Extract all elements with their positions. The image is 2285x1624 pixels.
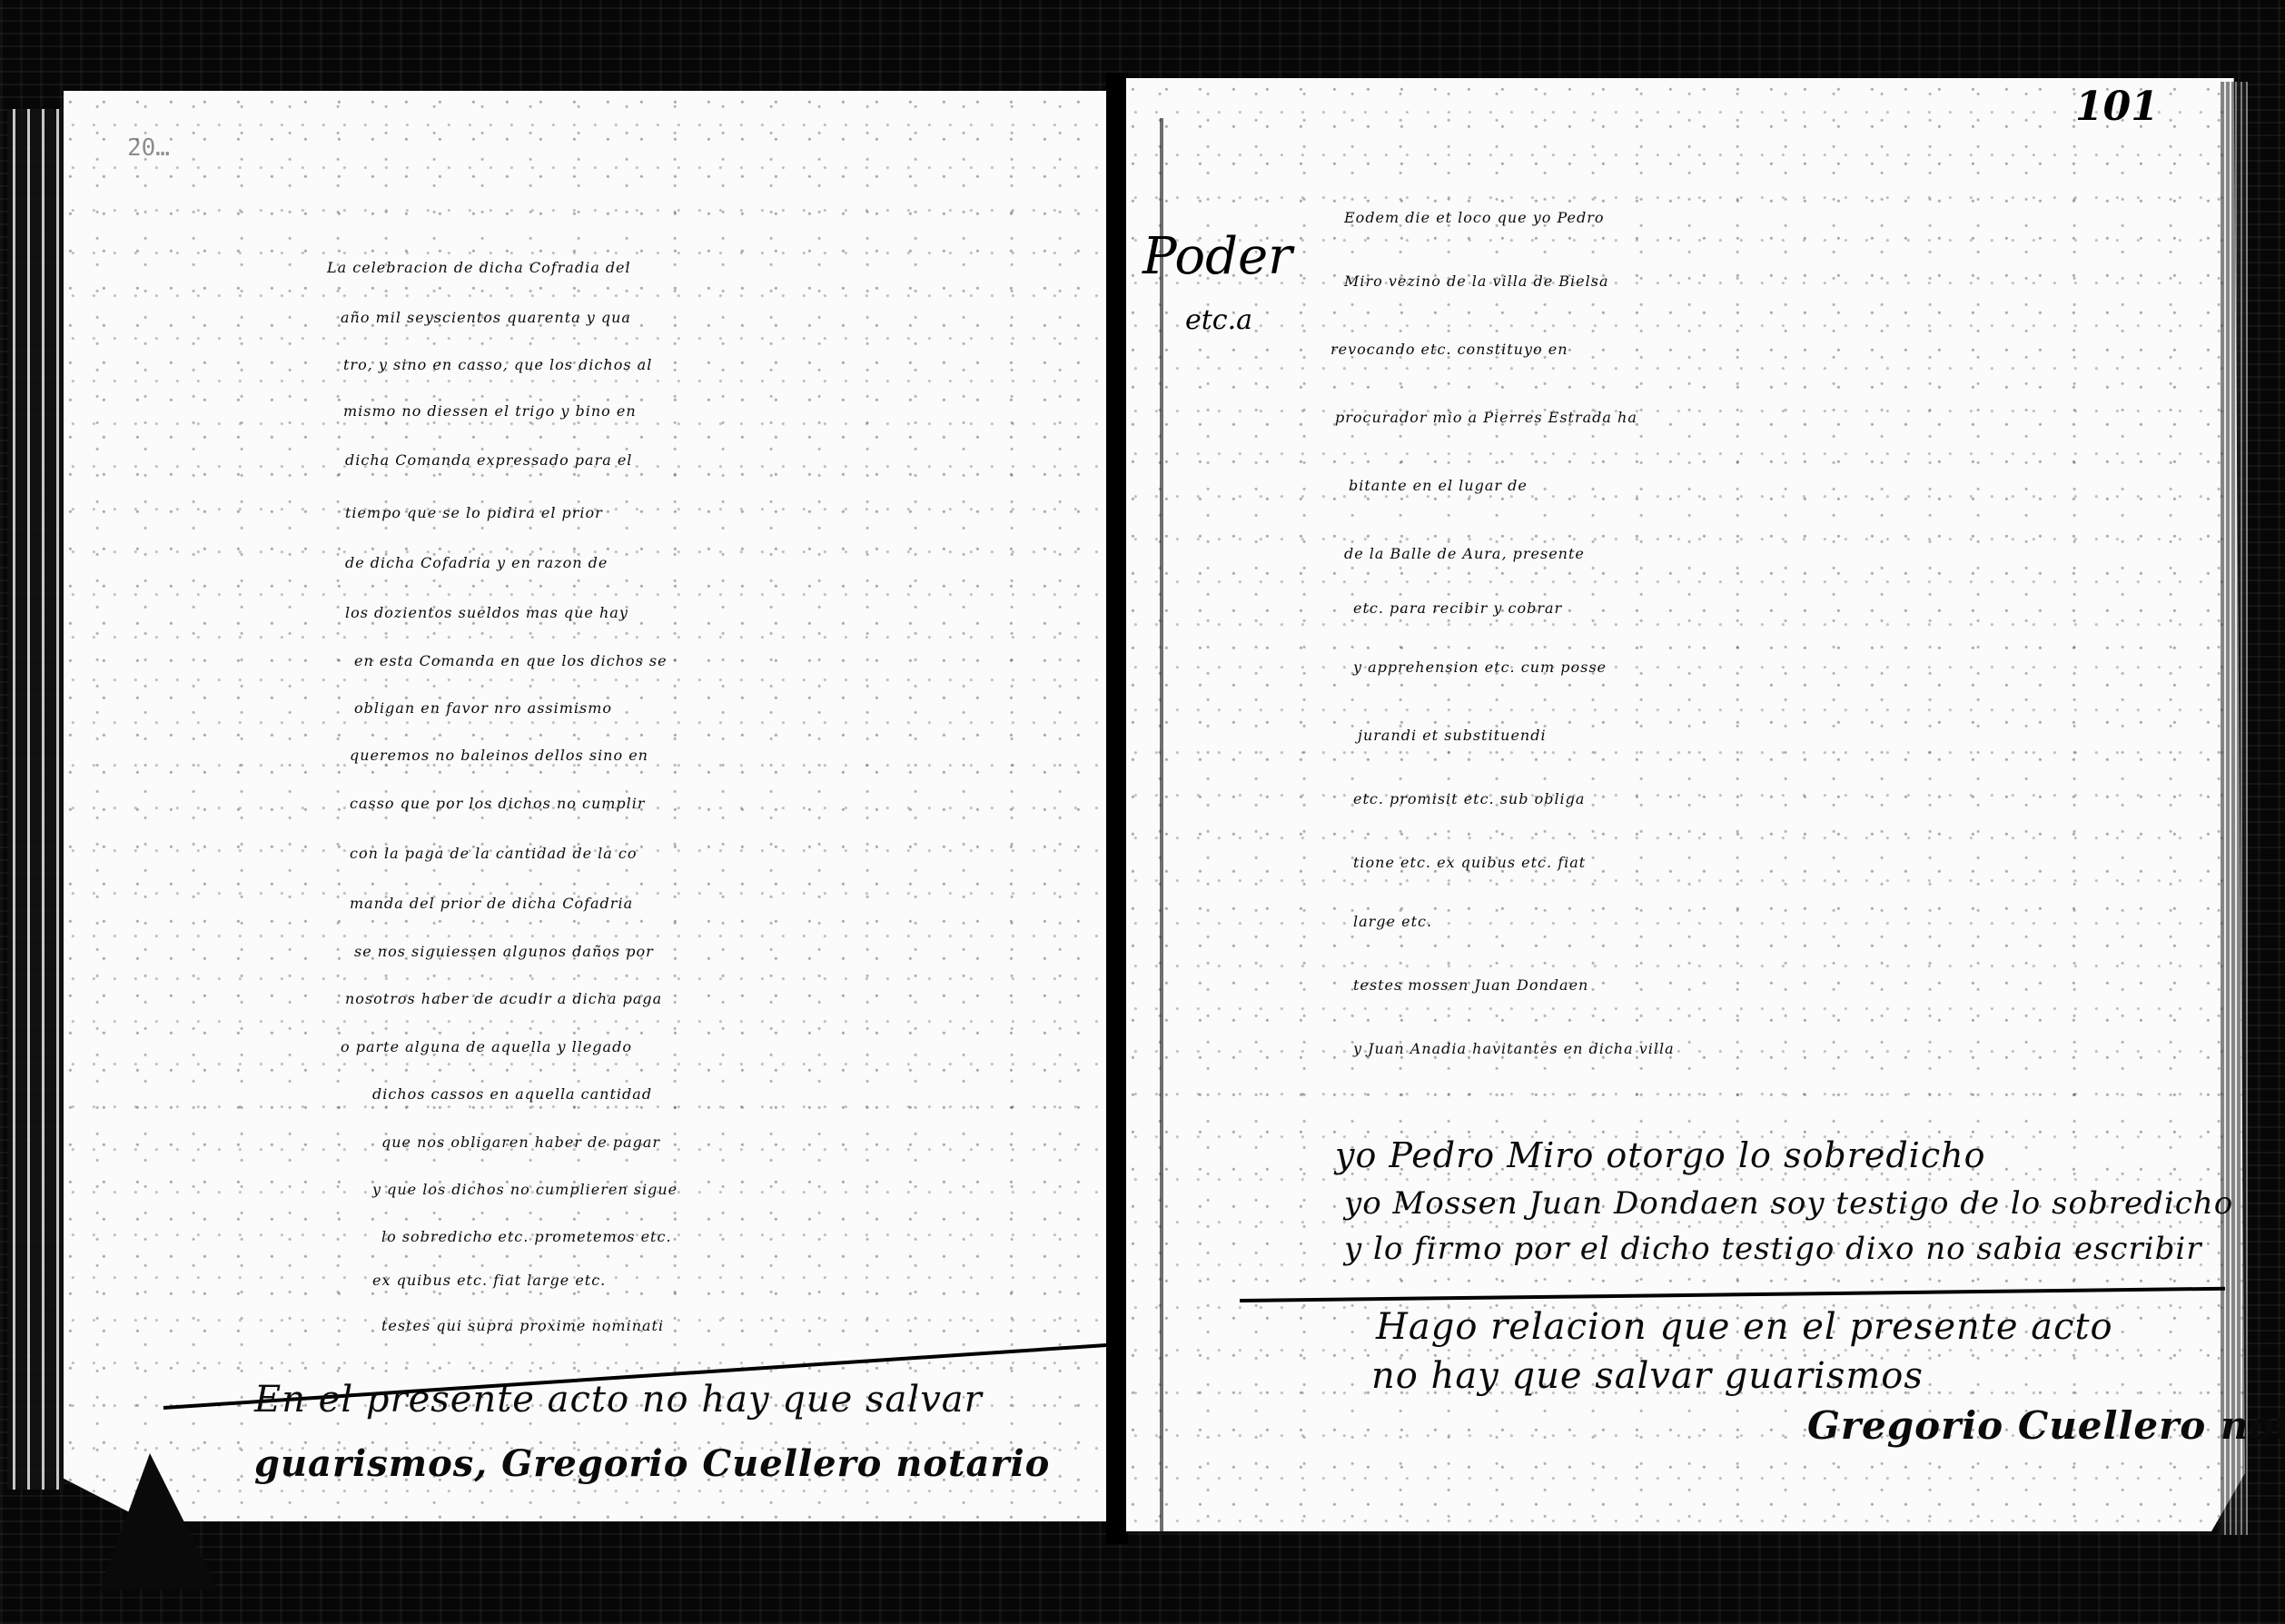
text-line: casso que por los dichos no cumplir (350, 795, 646, 812)
text-line: tro, y sino en casso, que los dichos al (343, 356, 652, 373)
corner-tab-shadow (100, 1453, 218, 1589)
text-line: Miro vezino de la villa de Bielsa (1344, 272, 1609, 290)
book-gutter (1106, 73, 1128, 1544)
text-line: Eodem die et loco que yo Pedro (1344, 209, 1605, 226)
footer-line: En el presente acto no hay que salvar (254, 1379, 983, 1421)
margin-rule (1160, 118, 1163, 1535)
text-line: de la Balle de Aura, presente (1344, 545, 1585, 562)
text-line: revocando etc. constituyo en (1330, 341, 1568, 358)
text-line: testes mossen Juan Dondaen (1353, 976, 1588, 994)
margin-note-sub: etc.a (1185, 304, 1252, 336)
text-line: que nos obligaren haber de pagar (381, 1134, 660, 1151)
text-line: tione etc. ex quibus etc. fiat (1353, 854, 1586, 871)
stacked-page-edges (7, 109, 64, 1490)
text-line: con la paga de la cantidad de la co (350, 845, 638, 862)
text-line: manda del prior de dicha Cofadria (350, 895, 633, 912)
text-line: ex quibus etc. fiat large etc. (372, 1272, 606, 1289)
text-line: nosotros haber de acudir a dicha paga (345, 990, 662, 1007)
text-line: large etc. (1353, 913, 1432, 930)
text-line: en esta Comanda en que los dichos se (354, 652, 668, 669)
text-line: mismo no diessen el trigo y bino en (343, 402, 637, 420)
notary-signature: Gregorio Cuellero notario (1807, 1403, 2285, 1448)
footer-line: Hago relacion que en el presente acto (1376, 1306, 2113, 1348)
text-line: tiempo que se lo pidira el prior (345, 504, 603, 521)
margin-note-title: Poder (1142, 227, 1292, 286)
text-line: testes qui supra proxime nominati (381, 1317, 664, 1334)
folio-number: 101 (2075, 84, 2159, 130)
text-line: bitante en el lugar de (1349, 477, 1528, 494)
text-line: y que los dichos no cumplieren sigue (372, 1181, 678, 1198)
text-line: jurandi et substituendi (1358, 727, 1547, 744)
right-page-edges (2221, 82, 2248, 1535)
text-line: lo sobredicho etc. prometemos etc. (381, 1228, 672, 1245)
footer-line: no hay que salvar guarismos (1371, 1355, 1924, 1397)
notary-signature: guarismos, Gregorio Cuellero notario (254, 1442, 1050, 1485)
text-line: y apprehension etc. cum posse (1353, 659, 1607, 676)
text-line: de dicha Cofadria y en razon de (345, 554, 608, 571)
text-line: La celebracion de dicha Cofradia del (327, 259, 631, 276)
text-line: queremos no baleinos dellos sino en (350, 747, 648, 764)
text-line: y Juan Anadia havitantes en dicha villa (1353, 1040, 1675, 1057)
text-line: obligan en favor nro assimismo (354, 699, 612, 717)
text-line: yo Mossen Juan Dondaen soy testigo de lo… (1344, 1185, 2233, 1222)
text-line: procurador mio a Pierres Estrada ha (1335, 409, 1637, 426)
text-line: yo Pedro Miro otorgo lo sobredicho (1335, 1135, 1985, 1175)
text-line: se nos siguiessen algunos daños por (354, 943, 654, 960)
text-line: dichos cassos en aquella cantidad (372, 1085, 652, 1103)
text-line: dicha Comanda expressado para el (345, 451, 632, 469)
text-line: etc. para recibir y cobrar (1353, 599, 1562, 617)
text-line: etc. promisit etc. sub obliga (1353, 790, 1585, 807)
text-line: o parte alguna de aquella y llegado (341, 1038, 632, 1055)
text-line: y lo firmo por el dicho testigo dixo no … (1344, 1231, 2202, 1267)
text-line: año mil seyscientos quarenta y qua (341, 309, 631, 326)
text-line: los dozientos sueldos mas que hay (345, 604, 628, 621)
left-corner-mark: 20… (127, 134, 170, 162)
